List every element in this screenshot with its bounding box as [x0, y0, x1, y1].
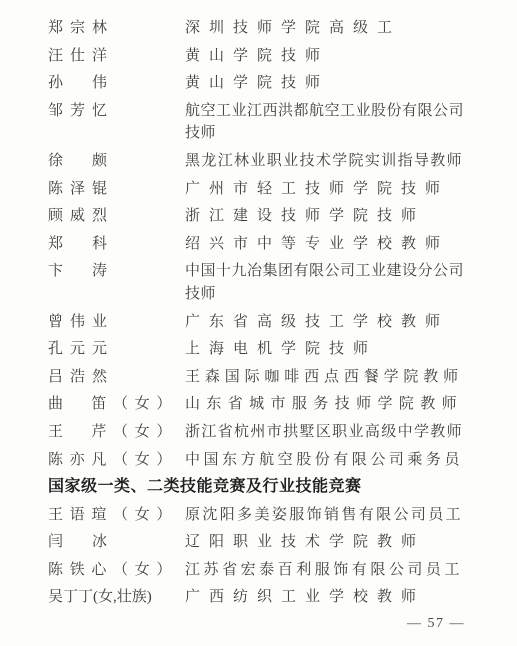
affiliation: 黄山学院技师	[185, 45, 477, 68]
list-item: 陈铁心（女） 江苏省宏泰百利服饰有限公司员工	[48, 559, 517, 582]
person-name: 王 芹（女）	[48, 421, 185, 444]
list-item: 卞 涛 中国十九冶集团有限公司工业建设分公司技师	[48, 260, 517, 305]
page-number: — 57 —	[407, 616, 465, 632]
affiliation: 原沈阳多美姿服饰销售有限公司员工	[185, 504, 477, 527]
person-name: 闫 冰	[48, 531, 185, 554]
affiliation: 深圳技师学院高级工	[185, 17, 477, 40]
person-name: 郑 科	[48, 233, 185, 256]
list-item: 陈泽锟 广州市轻工技师学院技师	[48, 178, 517, 201]
list-item: 徐 颇 黑龙江林业职业技术学院实训指导教师	[48, 150, 517, 173]
list-item: 郑宗林 深圳技师学院高级工	[48, 17, 517, 40]
person-name: 邹芳忆	[48, 100, 185, 123]
person-name: 孔元元	[48, 338, 185, 361]
affiliation: 江苏省宏泰百利服饰有限公司员工	[185, 559, 477, 582]
list-item: 王 芹（女） 浙江省杭州市拱墅区职业高级中学教师	[48, 421, 517, 444]
person-name: 王语瑄（女）	[48, 504, 185, 527]
person-name: 顾威烈	[48, 205, 185, 228]
affiliation: 黑龙江林业职业技术学院实训指导教师	[185, 150, 477, 173]
affiliation: 浙江省杭州市拱墅区职业高级中学教师	[185, 421, 477, 444]
list-item: 孙 伟 黄山学院技师	[48, 72, 517, 95]
person-name: 陈亦凡（女）	[48, 449, 185, 472]
person-name: 曲 笛（女）	[48, 393, 185, 416]
affiliation: 广西纺织工业学校教师	[185, 586, 477, 609]
affiliation: 中国东方航空股份有限公司乘务员	[185, 449, 477, 472]
affiliation: 中国十九冶集团有限公司工业建设分公司技师	[185, 260, 477, 305]
person-name: 吴丁丁(女,壮族)	[48, 586, 185, 609]
affiliation: 上海电机学院技师	[185, 338, 477, 361]
list-item: 曲 笛（女） 山东省城市服务技师学院教师	[48, 393, 517, 416]
affiliation: 广州市轻工技师学院技师	[185, 178, 477, 201]
list-item: 顾威烈 浙江建设技师学院技师	[48, 205, 517, 228]
person-name: 徐 颇	[48, 150, 185, 173]
list-item: 曾伟业 广东省高级技工学校教师	[48, 311, 517, 334]
person-name: 吕浩然	[48, 366, 185, 389]
entry-list: 郑宗林 深圳技师学院高级工 汪仕洋 黄山学院技师 孙 伟 黄山学院技师 邹芳忆 …	[48, 17, 517, 609]
affiliation: 辽阳职业技术学院教师	[185, 531, 477, 554]
list-item: 孔元元 上海电机学院技师	[48, 338, 517, 361]
list-item: 邹芳忆 航空工业江西洪都航空工业股份有限公司技师	[48, 100, 517, 145]
person-name: 郑宗林	[48, 17, 185, 40]
person-name: 陈铁心（女）	[48, 559, 185, 582]
section-heading: 国家级一类、二类技能竞赛及行业技能竞赛	[48, 476, 517, 499]
list-item: 吴丁丁(女,壮族) 广西纺织工业学校教师	[48, 586, 517, 609]
affiliation: 王森国际咖啡西点西餐学院教师	[185, 366, 477, 389]
list-item: 汪仕洋 黄山学院技师	[48, 45, 517, 68]
list-item: 王语瑄（女） 原沈阳多美姿服饰销售有限公司员工	[48, 504, 517, 527]
affiliation: 广东省高级技工学校教师	[185, 311, 477, 334]
person-name: 曾伟业	[48, 311, 185, 334]
affiliation: 山东省城市服务技师学院教师	[185, 393, 477, 416]
person-name: 陈泽锟	[48, 178, 185, 201]
list-item: 郑 科 绍兴市中等专业学校教师	[48, 233, 517, 256]
person-name: 孙 伟	[48, 72, 185, 95]
list-item: 闫 冰 辽阳职业技术学院教师	[48, 531, 517, 554]
document-page: 郑宗林 深圳技师学院高级工 汪仕洋 黄山学院技师 孙 伟 黄山学院技师 邹芳忆 …	[0, 0, 517, 646]
list-item: 吕浩然 王森国际咖啡西点西餐学院教师	[48, 366, 517, 389]
affiliation: 绍兴市中等专业学校教师	[185, 233, 477, 256]
person-name: 汪仕洋	[48, 45, 185, 68]
affiliation: 浙江建设技师学院技师	[185, 205, 477, 228]
person-name: 卞 涛	[48, 260, 185, 283]
list-item: 陈亦凡（女） 中国东方航空股份有限公司乘务员	[48, 449, 517, 472]
affiliation: 航空工业江西洪都航空工业股份有限公司技师	[185, 100, 477, 145]
affiliation: 黄山学院技师	[185, 72, 477, 95]
